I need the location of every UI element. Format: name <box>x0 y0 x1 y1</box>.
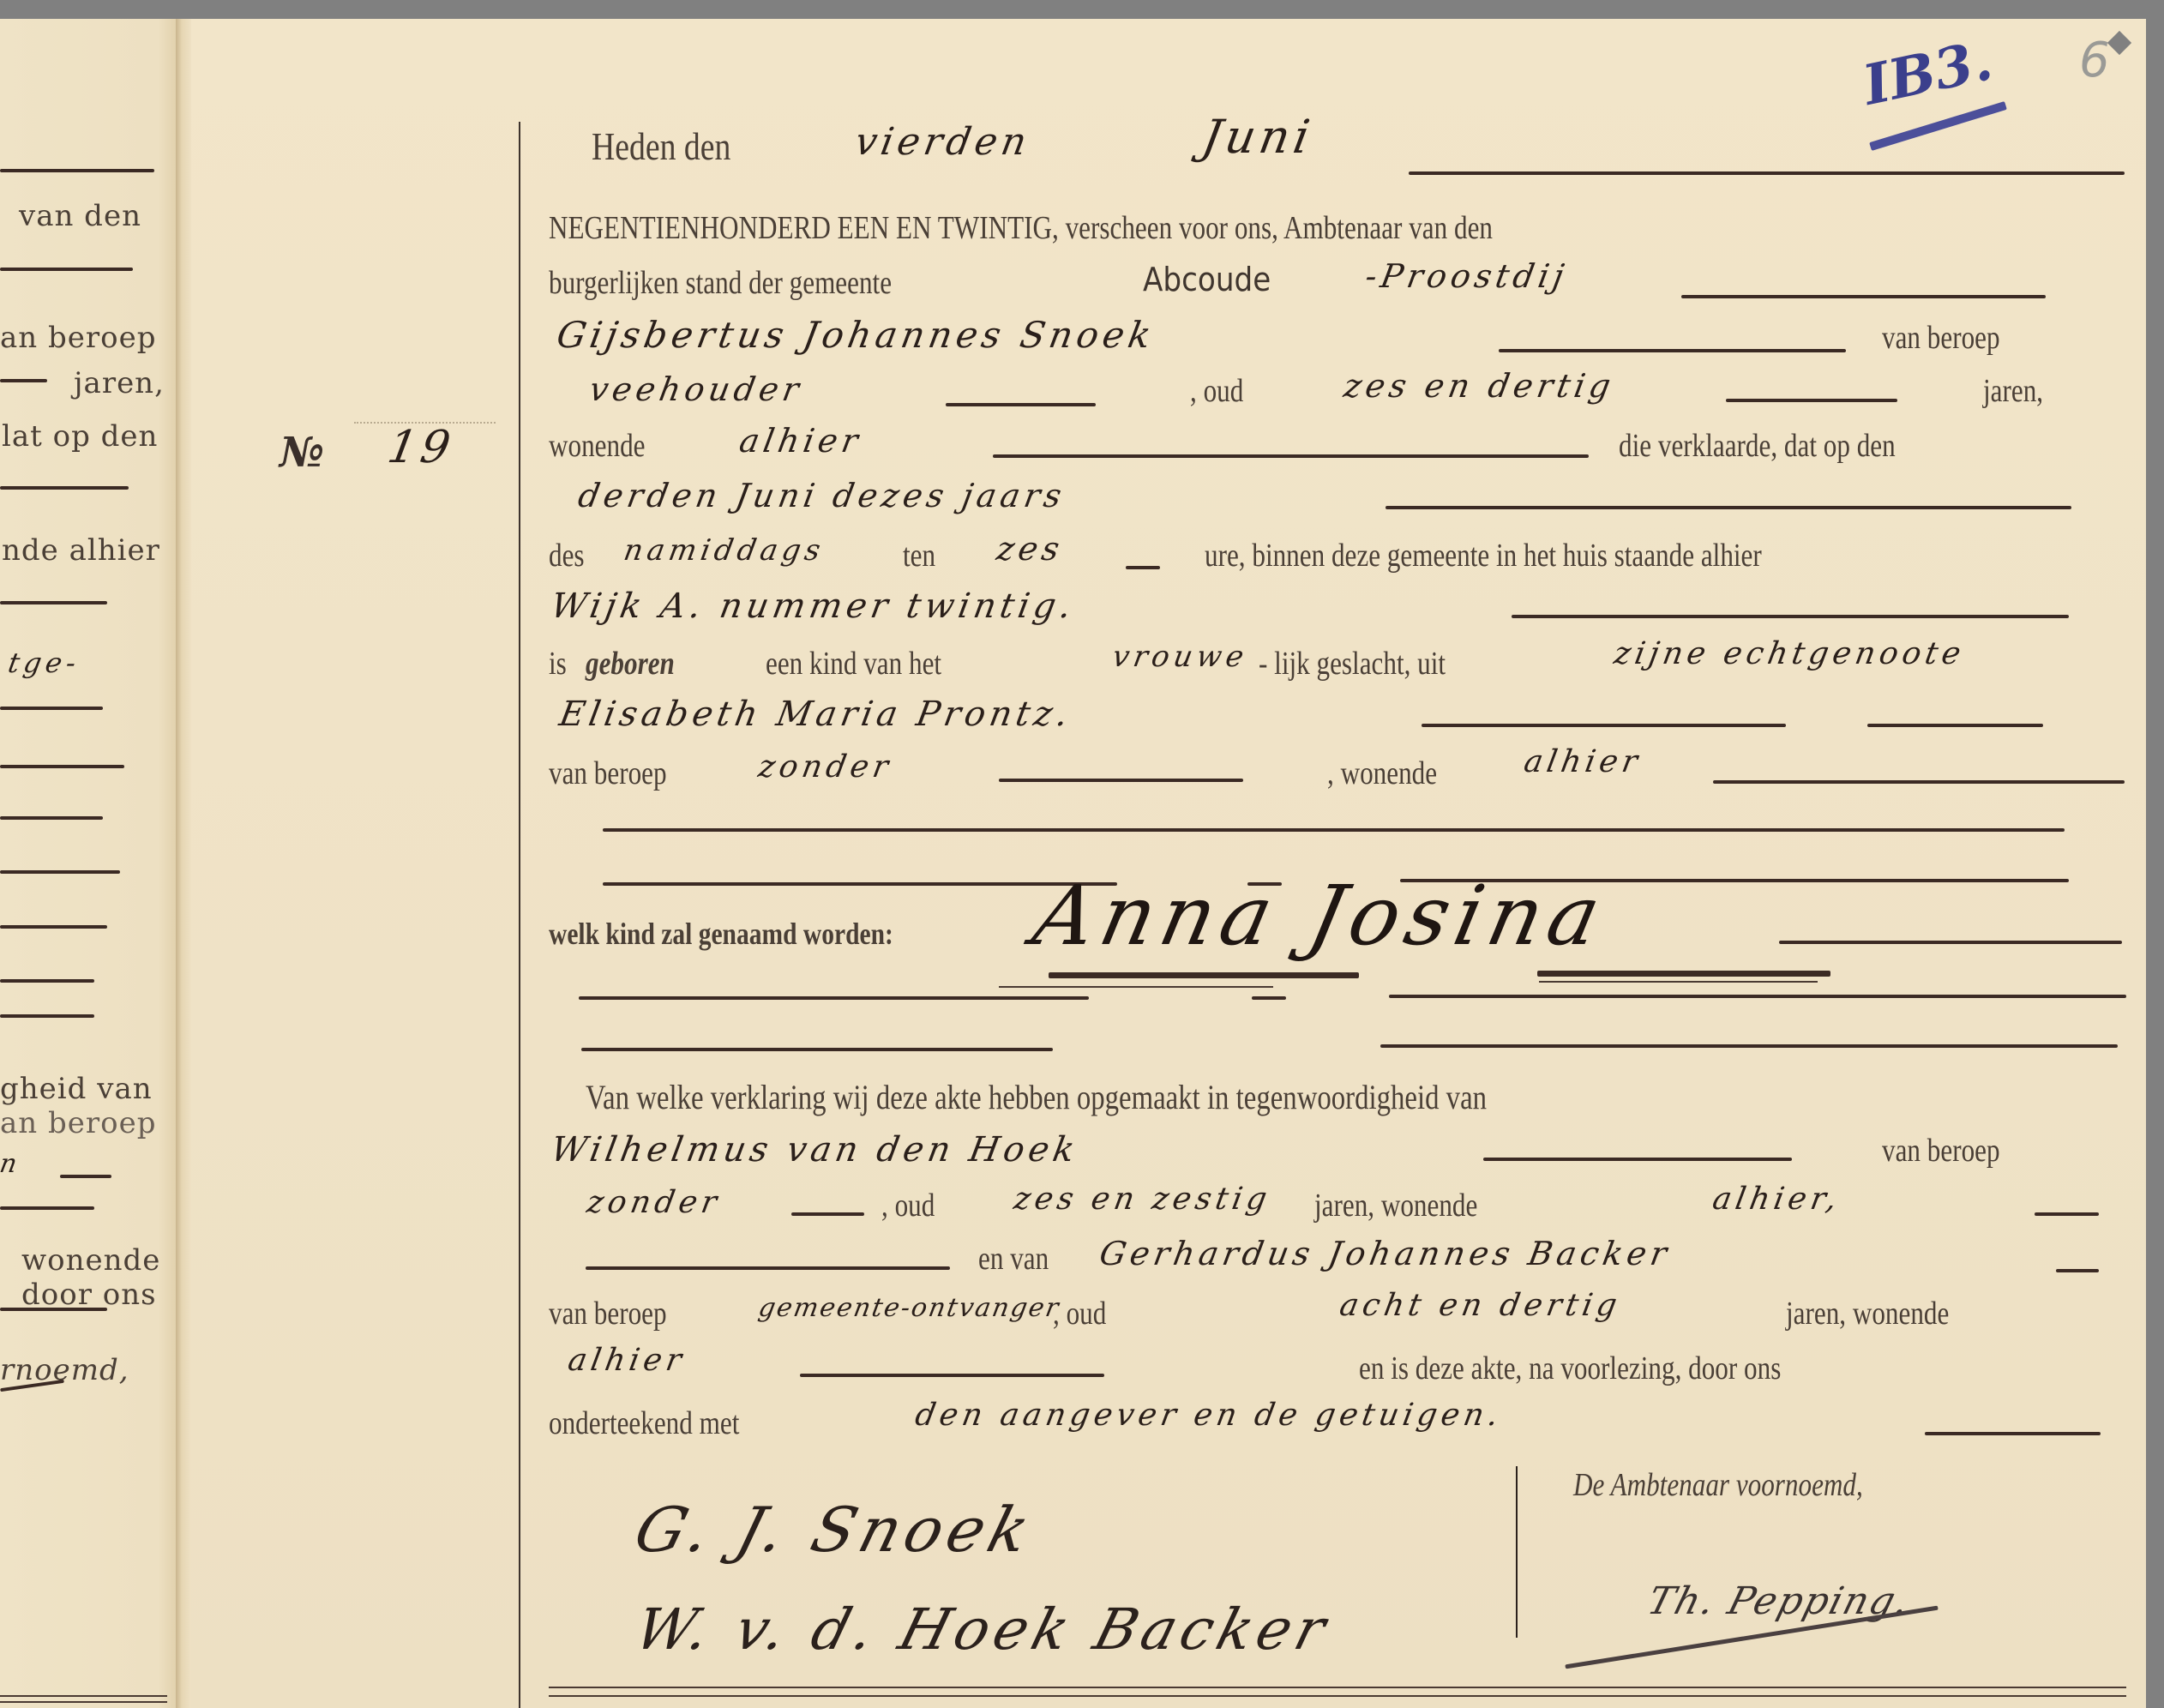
printed-jaren-wonende-w1: jaren, wonende <box>1314 1187 1477 1224</box>
fill-line <box>1539 981 1818 983</box>
fill-line <box>0 1206 94 1210</box>
printed-en-van: en van <box>978 1240 1049 1278</box>
name-underline <box>1537 971 1830 977</box>
hw-age: zes en dertig <box>1341 367 1618 405</box>
left-fragment: an beroep <box>0 321 156 355</box>
hw-witness1-age: zes en zestig <box>1011 1182 1273 1217</box>
fill-line <box>579 996 1089 1000</box>
hw-child-name: Anna Josina <box>1025 868 1615 964</box>
fill-line <box>999 986 1273 988</box>
fill-line <box>1389 995 2126 998</box>
bottom-rule <box>0 1695 167 1697</box>
municipality-name: Abcoude <box>1143 261 1271 298</box>
printed-onderteekend: onderteekend met <box>549 1404 739 1442</box>
printed-declared: die verklaarde, dat op den <box>1619 427 1896 465</box>
fill-line <box>1499 349 1846 352</box>
signature-bracket <box>1516 1466 1518 1638</box>
hw-month: Juni <box>1198 110 1318 164</box>
left-fragment: jaren, <box>74 366 165 400</box>
fill-line <box>0 765 124 768</box>
left-fragment: wonende <box>21 1243 160 1278</box>
bottom-rule <box>0 1701 167 1703</box>
fill-line <box>800 1374 1104 1377</box>
fill-line <box>603 882 1117 886</box>
fill-line <box>1681 295 2046 298</box>
printed-oud-w1: , oud <box>881 1187 935 1224</box>
hw-witness2-age: acht en dertig <box>1337 1288 1623 1323</box>
fill-line <box>0 816 103 820</box>
fill-line <box>1252 996 1286 1000</box>
fill-line <box>999 779 1243 782</box>
printed-geboren: geboren <box>586 645 675 683</box>
name-underline <box>1049 972 1359 978</box>
fill-line <box>0 601 107 604</box>
fill-line <box>791 1212 864 1216</box>
printed-location-line: ure, binnen deze gemeente in het huis st… <box>1205 537 1762 574</box>
hw-time-of-day: namiddags <box>621 533 827 568</box>
fill-line <box>1726 399 1897 402</box>
hw-mother-residence: alhier <box>1521 744 1644 779</box>
signature-witnesses: W. v. d. Hoek Backer <box>628 1597 1337 1663</box>
fill-line <box>1925 1432 2101 1435</box>
hw-hour: zes <box>994 530 1067 568</box>
fill-line <box>1126 566 1160 569</box>
previous-page: van den an beroep jaren, lat op den nde … <box>0 19 176 1708</box>
hw-mother-occupation: zonder <box>755 749 895 785</box>
fill-line <box>0 870 120 874</box>
printed-oud-w2: , oud <box>1053 1295 1106 1332</box>
printed-des: des <box>549 537 585 574</box>
printed-jaren-wonende-w2: jaren, wonende <box>1786 1295 1949 1332</box>
hw-mother-name: Elisabeth Maria Prontz. <box>556 695 1075 734</box>
fill-line <box>1512 615 2069 618</box>
hw-sex: vrouwe <box>1109 640 1250 674</box>
page-corner <box>2107 31 2131 55</box>
fill-line <box>60 1175 111 1178</box>
printed-van-beroep: van beroep <box>1882 319 2000 357</box>
printed-geslacht: - lijk geslacht, uit <box>1259 645 1446 683</box>
printed-kind-van-het: een kind van het <box>766 645 941 683</box>
left-fragment: an beroep <box>0 1106 156 1140</box>
printed-wonende-mother: , wonende <box>1327 755 1437 792</box>
fill-line <box>1483 1158 1792 1161</box>
hw-witness1-residence: alhier, <box>1710 1182 1843 1217</box>
printed-wonende: wonende <box>549 427 645 465</box>
fill-line <box>0 486 129 490</box>
left-fragment: van den <box>19 199 141 233</box>
printed-ten: ten <box>903 537 935 574</box>
printed-is: is <box>549 645 567 683</box>
fill-line <box>0 169 154 172</box>
fill-line <box>2035 1212 2099 1216</box>
hw-declarant-name: Gijsbertus Johannes Snoek <box>554 314 1158 356</box>
fill-line <box>993 454 1589 458</box>
fill-line <box>946 403 1096 406</box>
hw-witness2-occupation: gemeente-ontvanger <box>756 1293 1062 1323</box>
fill-line <box>1409 171 2125 175</box>
left-fragment: rnoemd, <box>0 1353 129 1387</box>
left-fragment: nde alhier <box>2 533 160 568</box>
left-handwriting: tge- <box>6 647 83 679</box>
fill-line <box>0 379 47 382</box>
pencil-page-number: 6 <box>2079 33 2110 88</box>
printed-van-beroep-mother: van beroep <box>549 755 667 792</box>
signature-declarant: G. J. Snoek <box>628 1494 1043 1566</box>
hw-birth-date: derden Juni dezes jaars <box>575 477 1068 514</box>
hw-address: Wijk A. nummer twintig. <box>548 586 1079 626</box>
fill-line <box>0 1308 107 1311</box>
left-fragment: door ons <box>21 1278 157 1312</box>
fill-line <box>1386 506 2071 509</box>
printed-official-label: De Ambtenaar voornoemd, <box>1573 1466 1863 1504</box>
hw-occupation: veehouder <box>586 370 806 408</box>
number-sign: № <box>280 429 324 477</box>
printed-van-beroep-w1: van beroep <box>1882 1132 2000 1170</box>
hw-residence: alhier <box>736 422 865 460</box>
fill-line <box>1779 941 2122 944</box>
hw-municipality-suffix: -Proostdij <box>1362 257 1571 295</box>
left-fragment: lat op den <box>2 419 158 454</box>
left-fragment: gheid van <box>0 1072 153 1106</box>
printed-year-line: NEGENTIENHONDERD EEN EN TWINTIG, versche… <box>549 209 1493 247</box>
printed-oud: , oud <box>1190 372 1243 410</box>
fill-line <box>581 1048 1053 1051</box>
fill-line <box>1867 724 2043 727</box>
fill-line <box>1713 780 2125 784</box>
hw-signed-by: den aangever en de getuigen. <box>912 1398 1505 1433</box>
left-handwriting: n <box>0 1149 23 1179</box>
hw-spouse-label: zijne echtgenoote <box>1611 636 1968 671</box>
printed-child-name-label: welk kind zal genaamd worden: <box>549 916 893 952</box>
bottom-rule <box>549 1687 2126 1688</box>
fill-line <box>603 828 2065 832</box>
archive-stamp-mark: IB3. <box>1858 28 1998 118</box>
hw-day: vierden <box>852 120 1035 164</box>
printed-heden-den: Heden den <box>592 123 730 169</box>
fill-line <box>0 979 94 983</box>
printed-reading-line: en is deze akte, na voorlezing, door ons <box>1359 1350 1781 1387</box>
hw-witness2-name: Gerhardus Johannes Backer <box>1097 1235 1674 1272</box>
birth-record-page: IB3. 6 № 19 Heden den vierden Juni NEGEN… <box>191 19 2146 1708</box>
printed-van-beroep-w2: van beroep <box>549 1295 667 1332</box>
margin-rule <box>519 122 520 1708</box>
printed-declaration-line: Van welke verklaring wij deze akte hebbe… <box>586 1077 1487 1117</box>
fill-line <box>0 268 133 271</box>
fill-line <box>1422 724 1786 727</box>
bottom-rule <box>549 1695 2126 1697</box>
book-gutter <box>176 19 191 1708</box>
hw-witness1-occupation: zonder <box>584 1185 724 1220</box>
printed-registry-line: burgerlijken stand der gemeente <box>549 264 892 302</box>
printed-jaren: jaren, <box>1983 372 2043 410</box>
hw-witness2-residence: alhier <box>565 1343 688 1378</box>
fill-line <box>2056 1269 2099 1272</box>
fill-line <box>1380 1044 2118 1048</box>
fill-line <box>586 1266 950 1270</box>
fill-line <box>0 1014 94 1018</box>
fill-line <box>0 925 107 929</box>
fill-line <box>0 707 103 710</box>
entry-number: 19 <box>384 422 459 473</box>
hw-witness1-name: Wilhelmus van den Hoek <box>548 1130 1082 1170</box>
